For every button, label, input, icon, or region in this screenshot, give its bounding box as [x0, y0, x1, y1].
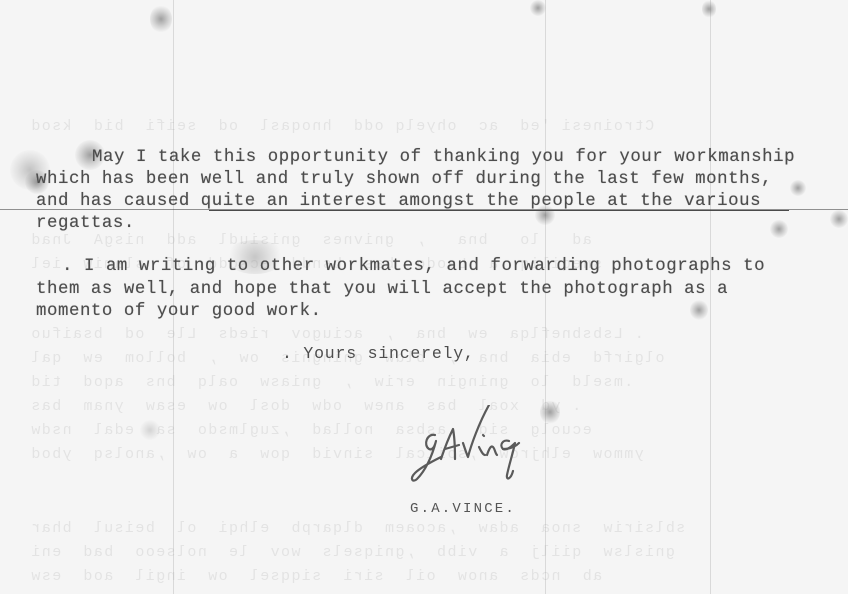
stain [690, 300, 708, 320]
letter-line: which has been well and truly shown off … [36, 170, 772, 189]
stain [830, 210, 848, 228]
stain [150, 5, 172, 33]
letter-line: them as well, and hope that you will acc… [36, 280, 728, 299]
stain [530, 0, 546, 16]
letter-page: Ctroinesi 'ed ac ohyelq odd hnoqasl od s… [0, 0, 848, 594]
handwritten-signature [405, 405, 555, 485]
letter-line: momento of your good work. [36, 302, 322, 321]
underline-rule [209, 210, 789, 211]
letter-line: May I take this opportunity of thanking … [92, 148, 795, 167]
stain [790, 180, 806, 196]
stain [702, 0, 716, 18]
stain [770, 220, 788, 238]
letter-line: regattas. [36, 214, 135, 233]
closing-salutation: . Yours sincerely, [282, 344, 475, 363]
letter-line: and has caused quite an interest amongst… [36, 192, 761, 211]
letter-line: . I am writing to other workmates, and f… [62, 257, 765, 276]
signatory-name: G.A.VINCE. [410, 501, 516, 517]
